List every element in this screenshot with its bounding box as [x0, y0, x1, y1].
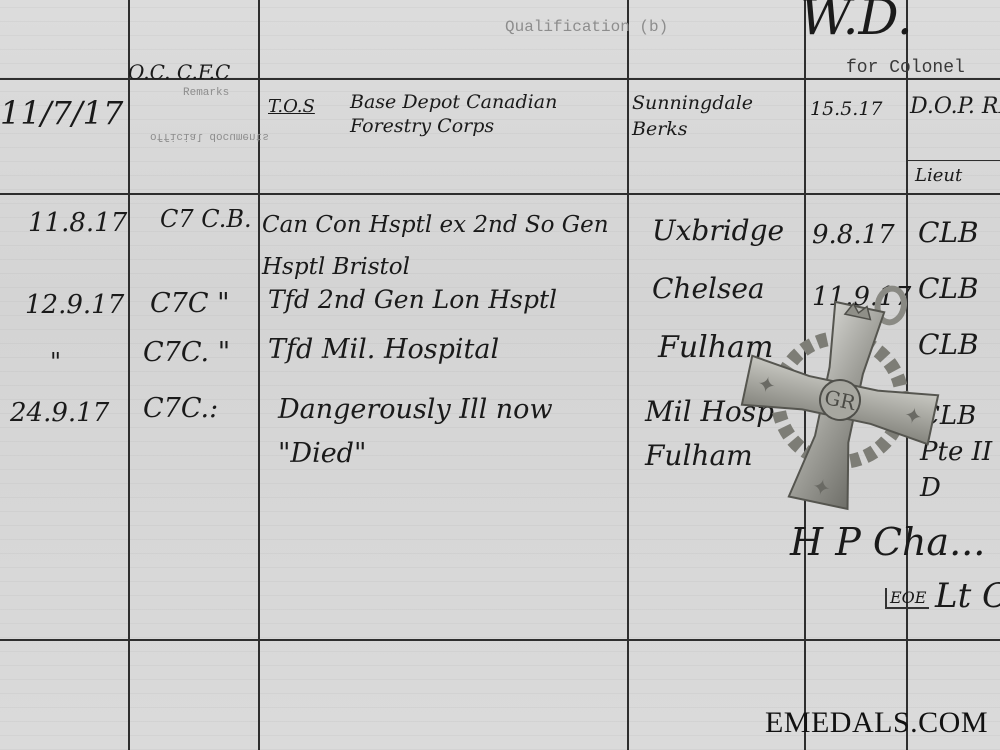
row1-place: Sunningdale Berks [632, 90, 792, 142]
row1-authority: D.O.P. RM [910, 94, 1000, 119]
header-signature-fragment: W.D. [800, 0, 913, 46]
row4-code: C7C. " [143, 337, 230, 368]
stamp-mark: EOE [885, 588, 929, 609]
row2-code: C7 C.B. [160, 205, 252, 233]
row2-place: Uxbridge [652, 214, 784, 247]
row5-date: 24.9.17 [10, 398, 109, 428]
row1-extra: Lieut [915, 165, 962, 186]
row5-details: Dangerously Ill now "Died" [278, 388, 598, 476]
header-typed-for-colonel: for Colonel [846, 58, 965, 78]
row1-code: O.C. C.F.C [128, 60, 230, 84]
officer-signature: H P Cha... [790, 520, 985, 564]
watermark: EMEDALS.COM [765, 706, 988, 740]
column-divider [128, 0, 130, 750]
row3-details: Tfd 2nd Gen Lon Hsptl [268, 285, 557, 314]
row4-date: " [50, 348, 61, 376]
row-divider [0, 193, 1000, 195]
row1-action: T.O.S [268, 96, 315, 117]
header-label-official: official documents [150, 130, 269, 142]
row2-record-date: 9.8.17 [812, 220, 895, 250]
column-divider [627, 0, 629, 750]
header-label-qualification: Qualification (b) [505, 18, 668, 36]
header-label-remarks: Remarks [183, 87, 229, 99]
row3-code: C7C " [150, 288, 230, 319]
row1-details: Base Depot Canadian Forestry Corps [350, 90, 620, 138]
row1-record-date: 15.5.17 [810, 98, 883, 120]
row-divider [0, 639, 1000, 641]
row1-date: 11/7/17 [0, 94, 123, 132]
officer-title: Lt Col [935, 576, 1000, 616]
row2-date: 11.8.17 [28, 208, 127, 238]
row2-authority: CLB [918, 216, 979, 249]
ledger-page: Qualification (b) Remarks official docum… [0, 0, 1000, 750]
memorial-cross-medal: GR ✦ ✦ ✦ [735, 275, 945, 525]
row3-date: 12.9.17 [25, 290, 124, 320]
row-divider [906, 160, 1000, 161]
column-divider [258, 0, 260, 750]
row5-code: C7C.: [143, 393, 218, 424]
row2-details: Can Con Hsptl ex 2nd So Gen Hsptl Bristo… [262, 204, 622, 288]
row4-details: Tfd Mil. Hospital [268, 334, 499, 365]
